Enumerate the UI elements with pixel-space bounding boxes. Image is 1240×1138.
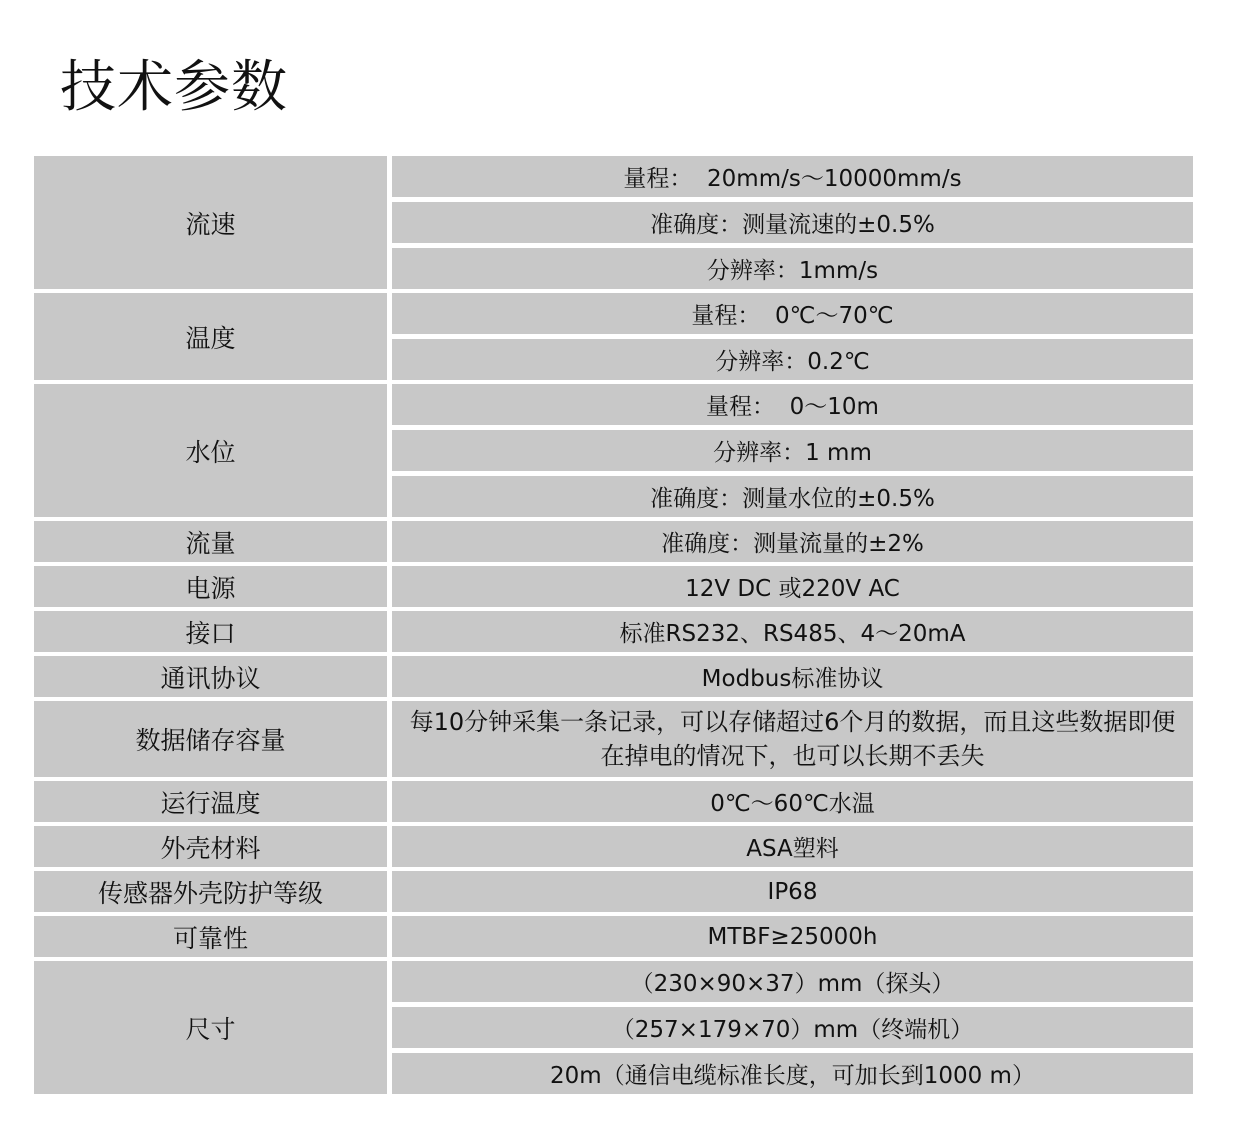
spec-value: 12V DC 或220V AC (392, 566, 1193, 607)
spec-value: 分辨率：1 mm (392, 430, 1193, 471)
spec-table: 流速 量程： 20mm/s～10000mm/s 准确度：测量流速的±0.5% 分… (34, 156, 1193, 1098)
spec-row-operating-temp: 运行温度 0℃～60℃水温 (34, 781, 1193, 822)
spec-row-dimensions: 尺寸 （230×90×37）mm（探头） （257×179×70）mm（终端机）… (34, 961, 1193, 1094)
spec-value: 量程： 20mm/s～10000mm/s (392, 156, 1193, 197)
spec-label: 传感器外壳防护等级 (34, 871, 387, 912)
spec-row-water-level: 水位 量程： 0～10m 分辨率：1 mm 准确度：测量水位的±0.5% (34, 384, 1193, 517)
spec-value: MTBF≥25000h (392, 916, 1193, 957)
spec-row-interface: 接口 标准RS232、RS485、4～20mA (34, 611, 1193, 652)
spec-label: 温度 (34, 293, 387, 380)
spec-label: 通讯协议 (34, 656, 387, 697)
spec-value: 准确度：测量流速的±0.5% (392, 202, 1193, 243)
spec-value: 量程： 0℃～70℃ (392, 293, 1193, 334)
spec-row-flow-rate: 流量 准确度：测量流量的±2% (34, 521, 1193, 562)
spec-value: ASA塑料 (392, 826, 1193, 867)
spec-row-housing-material: 外壳材料 ASA塑料 (34, 826, 1193, 867)
spec-value: 每10分钟采集一条记录，可以存储超过6个月的数据，而且这些数据即便在掉电的情况下… (392, 701, 1193, 777)
spec-value: 准确度：测量水位的±0.5% (392, 476, 1193, 517)
spec-value: 准确度：测量流量的±2% (392, 521, 1193, 562)
spec-label: 水位 (34, 384, 387, 517)
spec-value: 分辨率：1mm/s (392, 248, 1193, 289)
spec-label: 流量 (34, 521, 387, 562)
spec-value: 20m（通信电缆标准长度，可加长到1000 m） (392, 1053, 1193, 1094)
spec-label: 数据储存容量 (34, 701, 387, 777)
spec-label: 可靠性 (34, 916, 387, 957)
spec-label: 接口 (34, 611, 387, 652)
spec-value: IP68 (392, 871, 1193, 912)
spec-row-reliability: 可靠性 MTBF≥25000h (34, 916, 1193, 957)
spec-label: 外壳材料 (34, 826, 387, 867)
spec-row-temperature: 温度 量程： 0℃～70℃ 分辨率：0.2℃ (34, 293, 1193, 380)
spec-value: （257×179×70）mm（终端机） (392, 1007, 1193, 1048)
spec-label: 电源 (34, 566, 387, 607)
page-title: 技术参数 (60, 52, 288, 124)
spec-row-power: 电源 12V DC 或220V AC (34, 566, 1193, 607)
spec-label: 运行温度 (34, 781, 387, 822)
spec-value: 量程： 0～10m (392, 384, 1193, 425)
spec-value: （230×90×37）mm（探头） (392, 961, 1193, 1002)
spec-row-flow-speed: 流速 量程： 20mm/s～10000mm/s 准确度：测量流速的±0.5% 分… (34, 156, 1193, 289)
spec-value: 0℃～60℃水温 (392, 781, 1193, 822)
spec-row-storage: 数据储存容量 每10分钟采集一条记录，可以存储超过6个月的数据，而且这些数据即便… (34, 701, 1193, 777)
spec-value: 标准RS232、RS485、4～20mA (392, 611, 1193, 652)
spec-value: Modbus标准协议 (392, 656, 1193, 697)
spec-label: 流速 (34, 156, 387, 289)
spec-row-protocol: 通讯协议 Modbus标准协议 (34, 656, 1193, 697)
spec-label: 尺寸 (34, 961, 387, 1094)
spec-row-protection-grade: 传感器外壳防护等级 IP68 (34, 871, 1193, 912)
spec-value: 分辨率：0.2℃ (392, 339, 1193, 380)
